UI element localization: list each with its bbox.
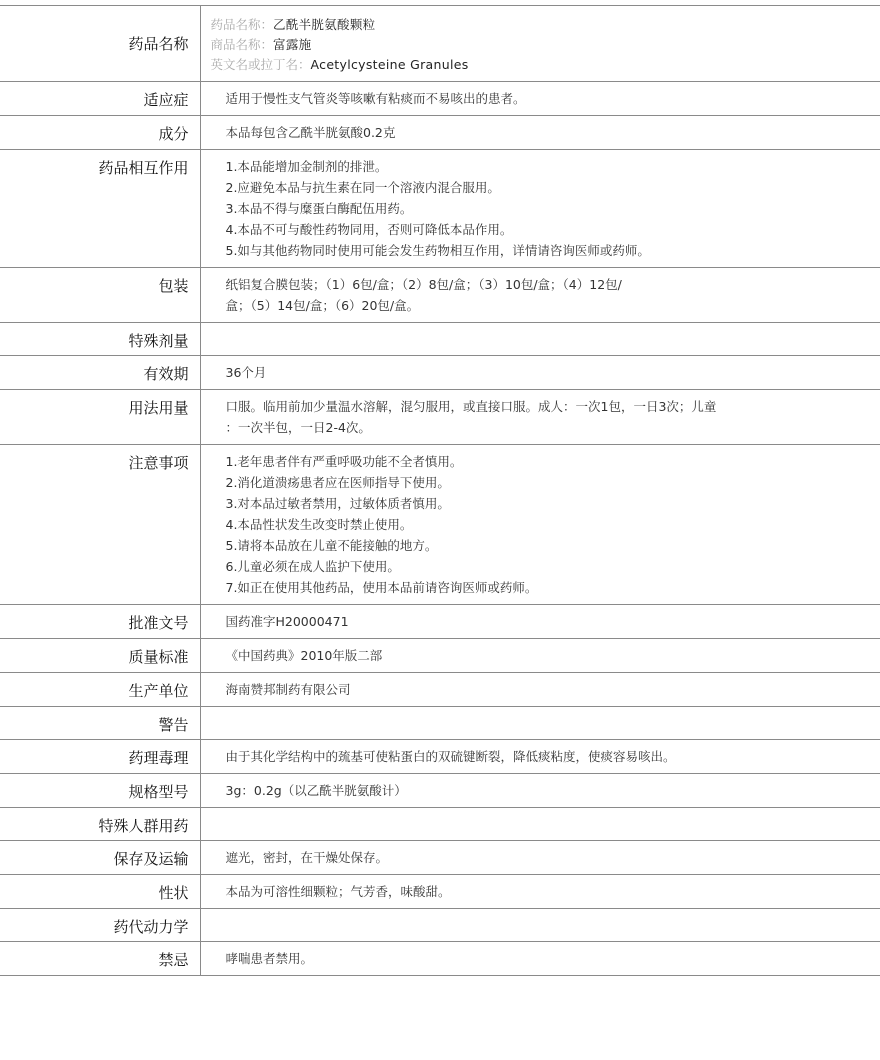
row-quality-standard: 质量标准 《中国药典》2010年版二部 bbox=[0, 639, 880, 673]
value-specification: 3g：0.2g（以乙酰半胱氨酸计） bbox=[200, 774, 880, 808]
label-specification: 规格型号 bbox=[0, 774, 200, 808]
value-storage: 遮光，密封，在干燥处保存。 bbox=[200, 841, 880, 875]
value-interactions: 1.本品能增加金制剂的排泄。 2.应避免本品与抗生素在同一个溶液内混合服用。 3… bbox=[200, 150, 880, 268]
row-special-dosage: 特殊剂量 bbox=[0, 323, 880, 356]
precaution-item: 5.请将本品放在儿童不能接触的地方。 bbox=[226, 535, 880, 556]
english-name-line: 英文名或拉丁名：Acetylcysteine Granules bbox=[211, 55, 880, 75]
row-usage: 用法用量 口服。临用前加少量温水溶解，混匀服用，或直接口服。成人：一次1包，一日… bbox=[0, 390, 880, 445]
usage-line: 口服。临用前加少量温水溶解，混匀服用，或直接口服。成人：一次1包，一日3次；儿童 bbox=[226, 396, 880, 417]
value-special-populations bbox=[200, 808, 880, 841]
row-interactions: 药品相互作用 1.本品能增加金制剂的排泄。 2.应避免本品与抗生素在同一个溶液内… bbox=[0, 150, 880, 268]
precaution-item: 7.如正在使用其他药品，使用本品前请咨询医师或药师。 bbox=[226, 577, 880, 598]
value-pharmacology: 由于其化学结构中的巯基可使粘蛋白的双硫键断裂，降低痰粘度，使痰容易咳出。 bbox=[200, 740, 880, 774]
label-approval-number: 批准文号 bbox=[0, 605, 200, 639]
generic-name-value: 乙酰半胱氨酸颗粒 bbox=[273, 17, 375, 32]
label-ingredients: 成分 bbox=[0, 116, 200, 150]
label-drug-name: 药品名称 bbox=[0, 6, 200, 82]
value-quality-standard: 《中国药典》2010年版二部 bbox=[200, 639, 880, 673]
value-shelf-life: 36个月 bbox=[200, 356, 880, 390]
value-warning bbox=[200, 707, 880, 740]
trade-name-line: 商品名称：富露施 bbox=[211, 35, 880, 55]
row-manufacturer: 生产单位 海南赞邦制药有限公司 bbox=[0, 673, 880, 707]
label-special-populations: 特殊人群用药 bbox=[0, 808, 200, 841]
row-precautions: 注意事项 1.老年患者伴有严重呼吸功能不全者慎用。 2.消化道溃疡患者应在医师指… bbox=[0, 445, 880, 605]
label-indications: 适应症 bbox=[0, 82, 200, 116]
precaution-item: 2.消化道溃疡患者应在医师指导下使用。 bbox=[226, 472, 880, 493]
label-pharmacology: 药理毒理 bbox=[0, 740, 200, 774]
value-drug-name: 药品名称：乙酰半胱氨酸颗粒 商品名称：富露施 英文名或拉丁名：Acetylcys… bbox=[200, 6, 880, 82]
row-pharmacology: 药理毒理 由于其化学结构中的巯基可使粘蛋白的双硫键断裂，降低痰粘度，使痰容易咳出… bbox=[0, 740, 880, 774]
value-packaging: 纸铝复合膜包装；（1）6包/盒；（2）8包/盒；（3）10包/盒；（4）12包/… bbox=[200, 268, 880, 323]
label-pharmacokinetics: 药代动力学 bbox=[0, 909, 200, 942]
row-storage: 保存及运输 遮光，密封，在干燥处保存。 bbox=[0, 841, 880, 875]
row-pharmacokinetics: 药代动力学 bbox=[0, 909, 880, 942]
interaction-item: 2.应避免本品与抗生素在同一个溶液内混合服用。 bbox=[226, 177, 880, 198]
row-ingredients: 成分 本品每包含乙酰半胱氨酸0.2克 bbox=[0, 116, 880, 150]
value-contraindications: 哮喘患者禁用。 bbox=[200, 942, 880, 976]
trade-name-label: 商品名称： bbox=[211, 37, 274, 52]
trade-name-value: 富露施 bbox=[273, 37, 311, 52]
value-special-dosage bbox=[200, 323, 880, 356]
label-shelf-life: 有效期 bbox=[0, 356, 200, 390]
label-description: 性状 bbox=[0, 875, 200, 909]
value-manufacturer: 海南赞邦制药有限公司 bbox=[200, 673, 880, 707]
precaution-item: 1.老年患者伴有严重呼吸功能不全者慎用。 bbox=[226, 451, 880, 472]
value-ingredients: 本品每包含乙酰半胱氨酸0.2克 bbox=[200, 116, 880, 150]
row-specification: 规格型号 3g：0.2g（以乙酰半胱氨酸计） bbox=[0, 774, 880, 808]
label-packaging: 包装 bbox=[0, 268, 200, 323]
generic-name-label: 药品名称： bbox=[211, 17, 274, 32]
row-shelf-life: 有效期 36个月 bbox=[0, 356, 880, 390]
value-precautions: 1.老年患者伴有严重呼吸功能不全者慎用。 2.消化道溃疡患者应在医师指导下使用。… bbox=[200, 445, 880, 605]
label-special-dosage: 特殊剂量 bbox=[0, 323, 200, 356]
label-usage: 用法用量 bbox=[0, 390, 200, 445]
row-special-populations: 特殊人群用药 bbox=[0, 808, 880, 841]
value-description: 本品为可溶性细颗粒；气芳香，味酸甜。 bbox=[200, 875, 880, 909]
precaution-item: 6.儿童必须在成人监护下使用。 bbox=[226, 556, 880, 577]
row-warning: 警告 bbox=[0, 707, 880, 740]
row-approval-number: 批准文号 国药准字H20000471 bbox=[0, 605, 880, 639]
label-manufacturer: 生产单位 bbox=[0, 673, 200, 707]
label-interactions: 药品相互作用 bbox=[0, 150, 200, 268]
value-indications: 适用于慢性支气管炎等咳嗽有粘痰而不易咳出的患者。 bbox=[200, 82, 880, 116]
label-precautions: 注意事项 bbox=[0, 445, 200, 605]
interaction-item: 5.如与其他药物同时使用可能会发生药物相互作用，详情请咨询医师或药师。 bbox=[226, 240, 880, 261]
row-packaging: 包装 纸铝复合膜包装；（1）6包/盒；（2）8包/盒；（3）10包/盒；（4）1… bbox=[0, 268, 880, 323]
drug-spec-table: 药品名称 药品名称：乙酰半胱氨酸颗粒 商品名称：富露施 英文名或拉丁名：Acet… bbox=[0, 5, 880, 976]
usage-line: ：一次半包，一日2-4次。 bbox=[226, 417, 880, 438]
interaction-item: 3.本品不得与糜蛋白酶配伍用药。 bbox=[226, 198, 880, 219]
precaution-item: 4.本品性状发生改变时禁止使用。 bbox=[226, 514, 880, 535]
label-quality-standard: 质量标准 bbox=[0, 639, 200, 673]
value-approval-number: 国药准字H20000471 bbox=[200, 605, 880, 639]
generic-name-line: 药品名称：乙酰半胱氨酸颗粒 bbox=[211, 15, 880, 35]
label-contraindications: 禁忌 bbox=[0, 942, 200, 976]
label-warning: 警告 bbox=[0, 707, 200, 740]
english-name-label: 英文名或拉丁名： bbox=[211, 57, 311, 72]
packaging-line: 盒；（5）14包/盒；（6）20包/盒。 bbox=[226, 295, 880, 316]
interaction-item: 4.本品不可与酸性药物同用，否则可降低本品作用。 bbox=[226, 219, 880, 240]
packaging-line: 纸铝复合膜包装；（1）6包/盒；（2）8包/盒；（3）10包/盒；（4）12包/ bbox=[226, 274, 880, 295]
interaction-item: 1.本品能增加金制剂的排泄。 bbox=[226, 156, 880, 177]
row-indications: 适应症 适用于慢性支气管炎等咳嗽有粘痰而不易咳出的患者。 bbox=[0, 82, 880, 116]
value-pharmacokinetics bbox=[200, 909, 880, 942]
row-contraindications: 禁忌 哮喘患者禁用。 bbox=[0, 942, 880, 976]
english-name-value: Acetylcysteine Granules bbox=[311, 57, 469, 72]
label-storage: 保存及运输 bbox=[0, 841, 200, 875]
precaution-item: 3.对本品过敏者禁用，过敏体质者慎用。 bbox=[226, 493, 880, 514]
row-drug-name: 药品名称 药品名称：乙酰半胱氨酸颗粒 商品名称：富露施 英文名或拉丁名：Acet… bbox=[0, 6, 880, 82]
row-description: 性状 本品为可溶性细颗粒；气芳香，味酸甜。 bbox=[0, 875, 880, 909]
value-usage: 口服。临用前加少量温水溶解，混匀服用，或直接口服。成人：一次1包，一日3次；儿童… bbox=[200, 390, 880, 445]
